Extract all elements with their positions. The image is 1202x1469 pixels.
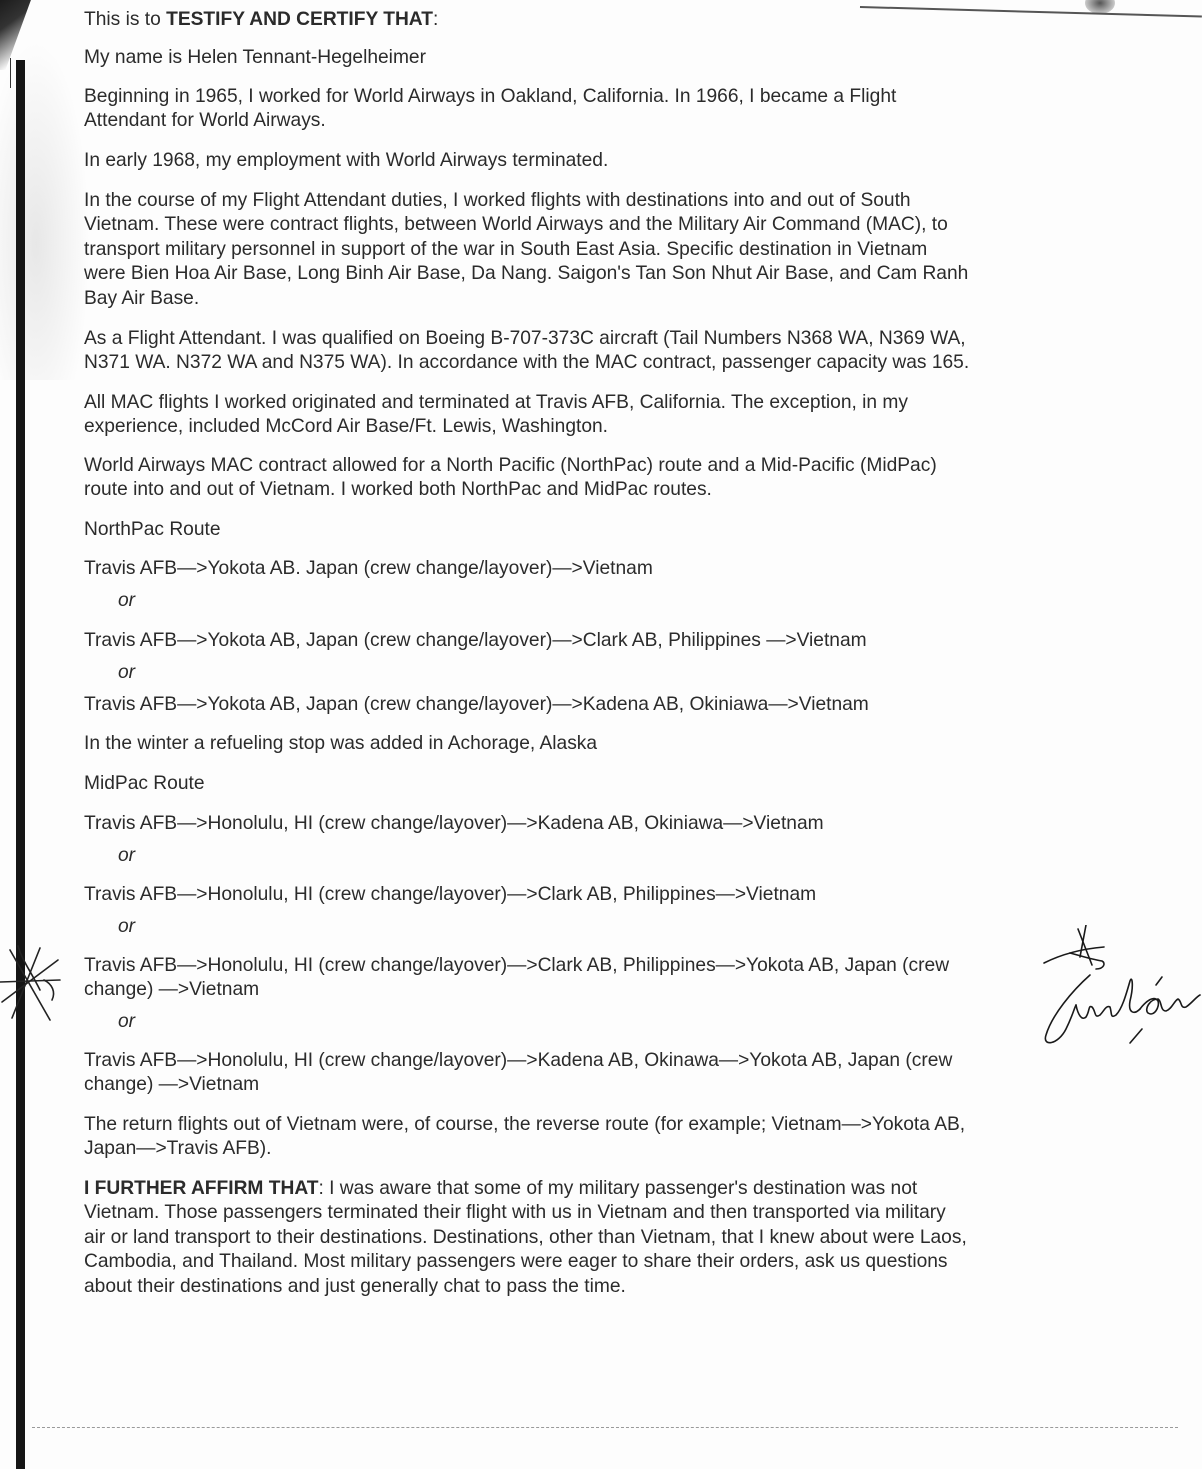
return-flights-paragraph: The return flights out of Vietnam were, … [84,1113,965,1162]
northpac-route-2: Travis AFB—>Yokota AB, Japan (crew chang… [84,629,867,653]
origin-paragraph: All MAC flights I worked originated and … [84,391,908,440]
or-label: or [118,1010,135,1034]
handwritten-signature [1030,925,1202,1055]
name-line: My name is Helen Tennant-Hegelheimer [84,46,426,70]
employment-paragraph: Beginning in 1965, I worked for World Ai… [84,85,896,134]
bottom-dashed-rule [32,1427,1178,1428]
intro-prefix: This is to [84,9,166,30]
scan-top-line [860,6,1202,18]
midpac-route-1: Travis AFB—>Honolulu, HI (crew change/la… [84,812,824,836]
winter-note: In the winter a refueling stop was added… [84,732,597,756]
northpac-route-3: Travis AFB—>Yokota AB, Japan (crew chang… [84,693,869,717]
intro-line: This is to TESTIFY AND CERTIFY THAT: [84,8,438,32]
affirm-bold: I FURTHER AFFIRM THAT [84,1178,318,1199]
aircraft-paragraph: As a Flight Attendant. I was qualified o… [84,327,969,376]
intro-bold: TESTIFY AND CERTIFY THAT [166,9,433,30]
contract-paragraph: World Airways MAC contract allowed for a… [84,454,937,503]
or-label: or [118,915,135,939]
scan-binding-bar [16,60,25,1469]
scan-edge-line [10,58,11,88]
northpac-route-1: Travis AFB—>Yokota AB. Japan (crew chang… [84,557,653,581]
northpac-heading: NorthPac Route [84,518,221,542]
intro-suffix: : [433,9,438,30]
termination-paragraph: In early 1968, my employment with World … [84,149,608,173]
or-label: or [118,844,135,868]
midpac-heading: MidPac Route [84,772,205,796]
scan-smudge [0,40,90,380]
midpac-route-2: Travis AFB—>Honolulu, HI (crew change/la… [84,883,816,907]
scanned-page: This is to TESTIFY AND CERTIFY THAT: My … [0,0,1202,1469]
handwritten-star-mark-icon [0,940,80,1030]
duties-paragraph: In the course of my Flight Attendant dut… [84,189,968,311]
midpac-route-4: Travis AFB—>Honolulu, HI (crew change/la… [84,1049,952,1098]
or-label: or [118,661,135,685]
midpac-route-3: Travis AFB—>Honolulu, HI (crew change/la… [84,954,949,1003]
affirm-paragraph: I FURTHER AFFIRM THAT: I was aware that … [84,1177,967,1299]
or-label: or [118,589,135,613]
